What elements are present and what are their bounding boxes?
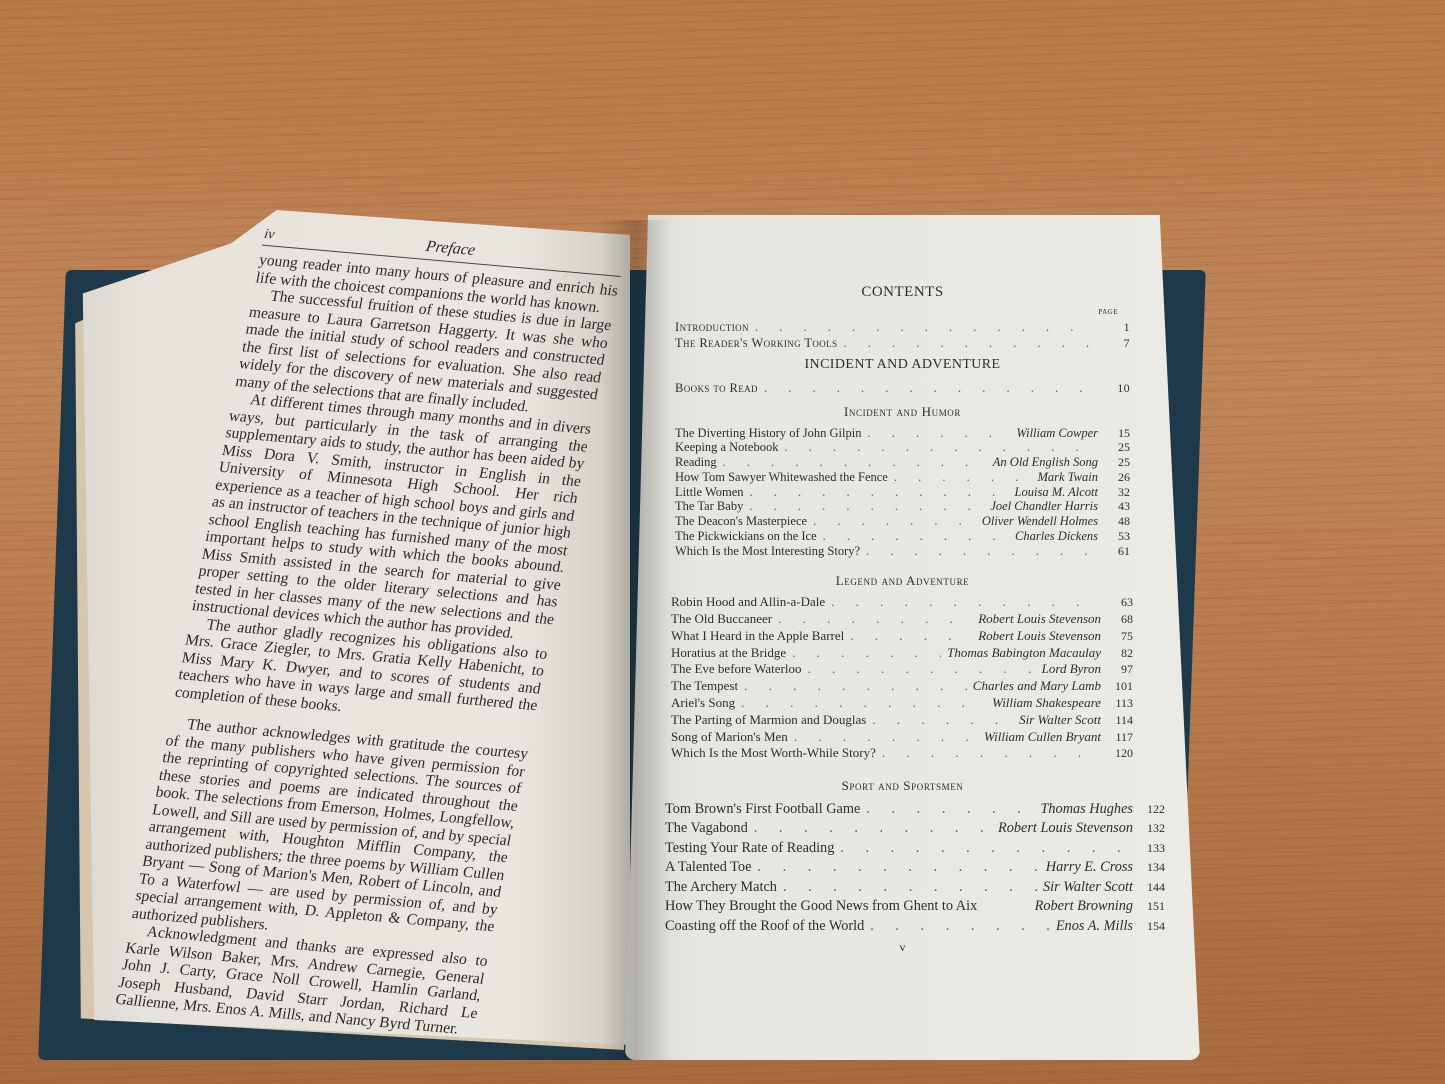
contents-title: CONTENTS bbox=[675, 285, 1130, 301]
page-column-label: PAGE bbox=[675, 305, 1118, 321]
part-title: INCIDENT AND ADVENTURE bbox=[675, 357, 1130, 373]
toc-entry: The Deacon's Masterpiece. . . . . . . . … bbox=[675, 514, 1130, 529]
toc-entry: Which Is the Most Worth-While Story?. . … bbox=[671, 745, 1133, 762]
toc-entry: The Tar Baby. . . . . . . . . . . . . . … bbox=[675, 499, 1130, 514]
toc-entry: A Talented Toe. . . . . . . . . . . . . … bbox=[665, 858, 1165, 878]
toc-entry: The Old Buccaneer. . . . . . . . . . . .… bbox=[671, 611, 1133, 628]
toc-entry: Reading. . . . . . . . . . . . . . . . .… bbox=[675, 455, 1130, 470]
page-number-iv: iv bbox=[263, 225, 276, 243]
section-title: Legend and Adventure bbox=[675, 573, 1130, 589]
section-entries: Tom Brown's First Football Game. . . . .… bbox=[665, 800, 1165, 937]
toc-entry: The Diverting History of John Gilpin. . … bbox=[675, 426, 1130, 441]
toc-entry: Song of Marion's Men. . . . . . . . . . … bbox=[671, 729, 1133, 746]
front-matter: Introduction . . . . . . . . . . . . . .… bbox=[675, 320, 1130, 351]
toc-entry: The Eve before Waterloo. . . . . . . . .… bbox=[671, 661, 1133, 678]
preface-paragraph: At different times through many months a… bbox=[190, 390, 592, 646]
section-entries: Robin Hood and Allin-a-Dale. . . . . . .… bbox=[671, 594, 1133, 762]
toc-entry: The Parting of Marmion and Douglas. . . … bbox=[671, 712, 1133, 729]
toc-entry: Coasting off the Roof of the World. . . … bbox=[665, 917, 1165, 937]
toc-entry: The Archery Match. . . . . . . . . . . .… bbox=[665, 878, 1165, 898]
toc-entry: Books to Read . . . . . . . . . . . . . … bbox=[675, 381, 1130, 397]
toc-entry: How Tom Sawyer Whitewashed the Fence. . … bbox=[675, 470, 1130, 485]
toc-entry: Keeping a Notebook. . . . . . . . . . . … bbox=[675, 440, 1130, 455]
section-title: Sport and Sportsmen bbox=[675, 778, 1130, 794]
section-title: Incident and Humor bbox=[675, 404, 1130, 420]
table-of-contents: CONTENTS PAGE Introduction . . . . . . .… bbox=[675, 285, 1130, 956]
toc-entry: The Tempest. . . . . . . . . . . . . . .… bbox=[671, 678, 1133, 695]
toc-entry: How They Brought the Good News from Ghen… bbox=[665, 897, 1165, 917]
preface-paragraph: The author acknowledges with gratitude t… bbox=[131, 714, 530, 953]
page-number-v: v bbox=[675, 940, 1130, 956]
toc-entry: Introduction . . . . . . . . . . . . . .… bbox=[675, 320, 1130, 336]
section-entries: The Diverting History of John Gilpin. . … bbox=[675, 426, 1130, 559]
toc-entry: The Pickwickians on the Ice. . . . . . .… bbox=[675, 529, 1130, 544]
toc-entry: Little Women. . . . . . . . . . . . . . … bbox=[675, 485, 1130, 500]
toc-entry: Which Is the Most Interesting Story?. . … bbox=[675, 544, 1130, 559]
toc-entry: Ariel's Song. . . . . . . . . . . . . . … bbox=[671, 695, 1133, 712]
toc-entry: Testing Your Rate of Reading. . . . . . … bbox=[665, 839, 1165, 859]
toc-entry: The Vagabond. . . . . . . . . . . . . . … bbox=[665, 819, 1165, 839]
toc-entry: Horatius at the Bridge. . . . . . . . . … bbox=[671, 645, 1133, 662]
book-gutter bbox=[600, 220, 670, 1060]
toc-entry: Robin Hood and Allin-a-Dale. . . . . . .… bbox=[671, 594, 1133, 611]
toc-entry: What I Heard in the Apple Barrel. . . . … bbox=[671, 628, 1133, 645]
toc-entry: Tom Brown's First Football Game. . . . .… bbox=[665, 800, 1165, 820]
toc-entry: The Reader's Working Tools . . . . . . .… bbox=[675, 336, 1130, 352]
running-head: Preface bbox=[424, 238, 476, 260]
